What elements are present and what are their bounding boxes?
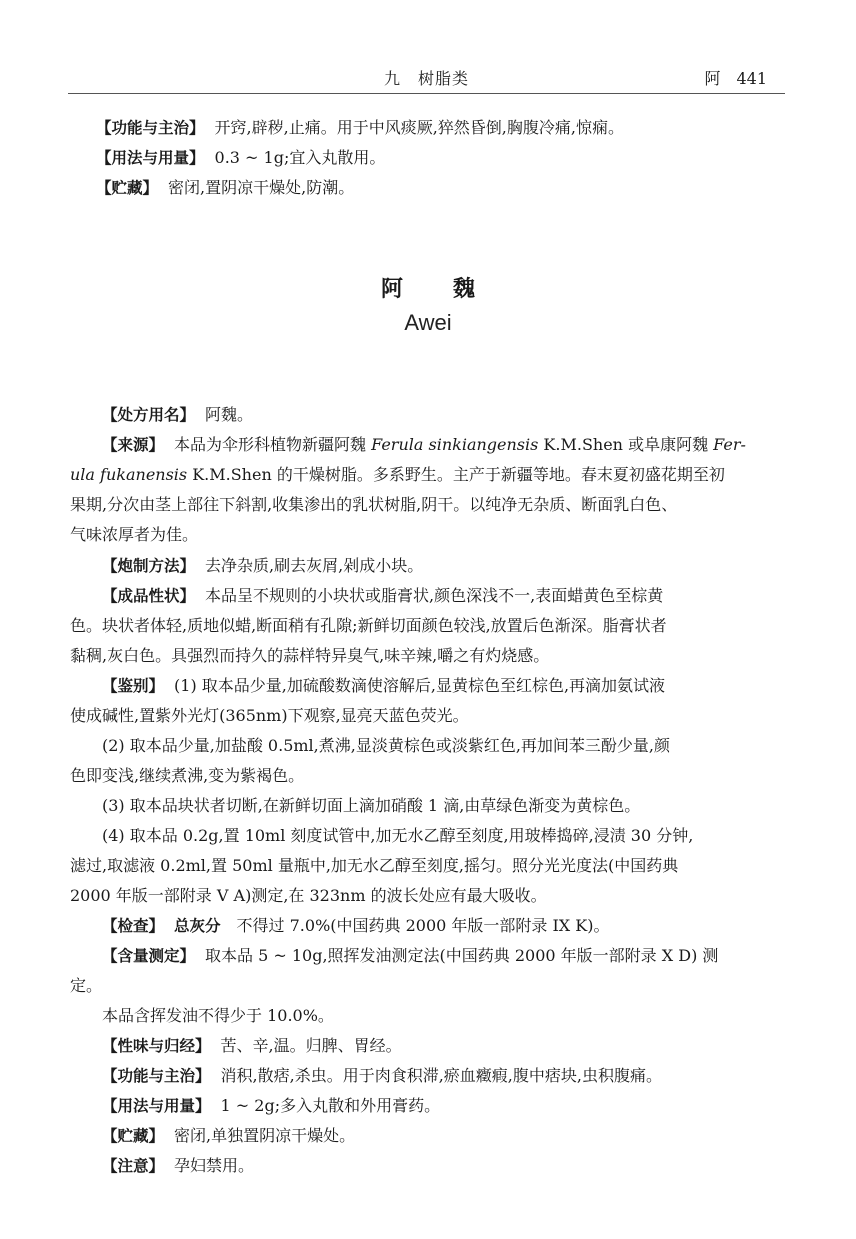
section-text: 密闭,单独置阴凉干燥处。 bbox=[174, 1126, 355, 1145]
section-label: 【成品性状】 bbox=[102, 587, 195, 605]
section-text: 阿魏。 bbox=[205, 405, 253, 424]
title-char-2: 魏 bbox=[453, 277, 475, 302]
identification-line-6: (4) 取本品 0.2g,置 10ml 刻度试管中,加无水乙醇至刻度,用玻棒捣碎… bbox=[102, 826, 693, 846]
nature-meridian-line: 【性味与归经】苦、辛,温。归脾、胃经。 bbox=[102, 1036, 402, 1056]
section-label: 【功能与主治】 bbox=[96, 119, 205, 137]
section-text: 开窍,辟秽,止痛。用于中风痰厥,猝然昏倒,胸腹冷痛,惊痫。 bbox=[215, 118, 624, 137]
section-text: 密闭,置阴凉干燥处,防潮。 bbox=[168, 178, 354, 197]
processing-line: 【炮制方法】去净杂质,刷去灰屑,剁成小块。 bbox=[102, 556, 423, 576]
section-label: 【贮藏】 bbox=[102, 1127, 164, 1145]
prev-dosage-line: 【用法与用量】0.3 ~ 1g;宜入丸散用。 bbox=[96, 148, 385, 168]
section-label: 【贮藏】 bbox=[96, 179, 158, 197]
identification-line-1: 【鉴别】(1) 取本品少量,加硫酸数滴使溶解后,显黄棕色至红棕色,再滴加氨试液 bbox=[102, 676, 665, 696]
section-label: 【来源】 bbox=[102, 436, 164, 454]
section-label: 【鉴别】 bbox=[102, 677, 164, 695]
identification-line-4: 色即变浅,继续煮沸,变为紫褐色。 bbox=[70, 766, 304, 786]
function-indication-line: 【功能与主治】消积,散痞,杀虫。用于肉食积滞,瘀血癥瘕,腹中痞块,虫积腹痛。 bbox=[102, 1066, 662, 1086]
entry-title-chinese: 阿魏 bbox=[0, 272, 856, 303]
identification-line-3: (2) 取本品少量,加盐酸 0.5ml,煮沸,显淡黄棕色或淡紫红色,再加间苯三酚… bbox=[102, 736, 670, 756]
section-label: 【处方用名】 bbox=[102, 406, 195, 424]
characteristics-line-1: 【成品性状】本品呈不规则的小块状或脂膏状,颜色深浅不一,表面蜡黄色至棕黄 bbox=[102, 586, 663, 606]
section-text: 取本品 5 ~ 10g,照挥发油测定法(中国药典 2000 年版一部附录 X D… bbox=[205, 946, 718, 965]
section-text: 孕妇禁用。 bbox=[174, 1156, 254, 1175]
section-label: 【检查】 bbox=[102, 917, 164, 935]
section-label: 【含量测定】 bbox=[102, 947, 195, 965]
characteristics-line-2: 色。块状者体轻,质地似蜡,断面稍有孔隙;新鲜切面颜色较浅,放置后色渐深。脂膏状者 bbox=[70, 616, 667, 636]
prev-storage-line: 【贮藏】密闭,置阴凉干燥处,防潮。 bbox=[96, 178, 354, 198]
characteristics-line-3: 黏稠,灰白色。具强烈而持久的蒜样特异臭气,味辛辣,嚼之有灼烧感。 bbox=[70, 646, 549, 666]
section-label: 【注意】 bbox=[102, 1157, 164, 1175]
section-label: 【功能与主治】 bbox=[102, 1067, 211, 1085]
section-text: (1) 取本品少量,加硫酸数滴使溶解后,显黄棕色至红棕色,再滴加氨试液 bbox=[174, 676, 665, 695]
section-text: 去净杂质,刷去灰屑,剁成小块。 bbox=[205, 556, 423, 575]
latin-name: Fer- bbox=[713, 435, 746, 454]
assay-line-2: 定。 bbox=[70, 976, 102, 996]
chapter-title: 九 树脂类 bbox=[68, 66, 785, 89]
section-text: 本品呈不规则的小块状或脂膏状,颜色深浅不一,表面蜡黄色至棕黄 bbox=[205, 586, 663, 605]
source-line-3: 果期,分次由茎上部往下斜割,收集渗出的乳状树脂,阴干。以纯净无杂质、断面乳白色、 bbox=[70, 495, 677, 515]
identification-line-7: 滤过,取滤液 0.2ml,置 50ml 量瓶中,加无水乙醇至刻度,摇匀。照分光光… bbox=[70, 856, 678, 876]
section-text: 消积,散痞,杀虫。用于肉食积滞,瘀血癥瘕,腹中痞块,虫积腹痛。 bbox=[221, 1066, 662, 1085]
assay-line-3: 本品含挥发油不得少于 10.0%。 bbox=[102, 1006, 334, 1026]
section-text: 0.3 ~ 1g;宜入丸散用。 bbox=[215, 148, 386, 167]
section-label: 【炮制方法】 bbox=[102, 557, 195, 575]
prescription-name-line: 【处方用名】阿魏。 bbox=[102, 405, 253, 425]
source-line-1: 【来源】本品为伞形科植物新疆阿魏 Ferula sinkiangensis K.… bbox=[102, 435, 746, 455]
section-text: 不得过 7.0%(中国药典 2000 年版一部附录 IX K)。 bbox=[237, 916, 610, 935]
page-number: 441 bbox=[736, 69, 767, 88]
section-label: 【用法与用量】 bbox=[102, 1097, 211, 1115]
page-index: 阿441 bbox=[704, 66, 767, 89]
caution-line: 【注意】孕妇禁用。 bbox=[102, 1156, 254, 1176]
section-text: 苦、辛,温。归脾、胃经。 bbox=[221, 1036, 402, 1055]
title-char-1: 阿 bbox=[381, 277, 403, 302]
identification-line-5: (3) 取本品块状者切断,在新鲜切面上滴加硝酸 1 滴,由草绿色渐变为黄棕色。 bbox=[102, 796, 640, 816]
latin-name: ula fukanensis bbox=[70, 465, 187, 484]
source-line-2: ula fukanensis K.M.Shen 的干燥树脂。多系野生。主产于新疆… bbox=[70, 465, 725, 485]
assay-line-1: 【含量测定】取本品 5 ~ 10g,照挥发油测定法(中国药典 2000 年版一部… bbox=[102, 946, 718, 966]
identification-line-2: 使成碱性,置紫外光灯(365nm)下观察,显亮天蓝色荧光。 bbox=[70, 706, 469, 726]
index-character: 阿 bbox=[704, 69, 720, 88]
section-text: 1 ~ 2g;多入丸散和外用膏药。 bbox=[221, 1096, 441, 1115]
text: 本品为伞形科植物新疆阿魏 bbox=[174, 435, 371, 454]
entry-title-pinyin: Awei bbox=[0, 310, 856, 336]
text: K.M.Shen 的干燥树脂。多系野生。主产于新疆等地。春末夏初盛花期至初 bbox=[187, 465, 725, 484]
storage-line: 【贮藏】密闭,单独置阴凉干燥处。 bbox=[102, 1126, 355, 1146]
prev-function-line: 【功能与主治】开窍,辟秽,止痛。用于中风痰厥,猝然昏倒,胸腹冷痛,惊痫。 bbox=[96, 118, 624, 138]
inspection-line: 【检查】总灰分不得过 7.0%(中国药典 2000 年版一部附录 IX K)。 bbox=[102, 916, 609, 936]
running-header: 九 树脂类 阿441 bbox=[68, 62, 785, 94]
source-line-4: 气味浓厚者为佳。 bbox=[70, 525, 198, 545]
latin-name: Ferula sinkiangensis bbox=[371, 435, 538, 454]
text: K.M.Shen 或阜康阿魏 bbox=[538, 435, 713, 454]
section-label: 【用法与用量】 bbox=[96, 149, 205, 167]
identification-line-8: 2000 年版一部附录 V A)测定,在 323nm 的波长处应有最大吸收。 bbox=[70, 886, 547, 906]
sub-label: 总灰分 bbox=[174, 917, 221, 935]
usage-dosage-line: 【用法与用量】1 ~ 2g;多入丸散和外用膏药。 bbox=[102, 1096, 440, 1116]
section-label: 【性味与归经】 bbox=[102, 1037, 211, 1055]
